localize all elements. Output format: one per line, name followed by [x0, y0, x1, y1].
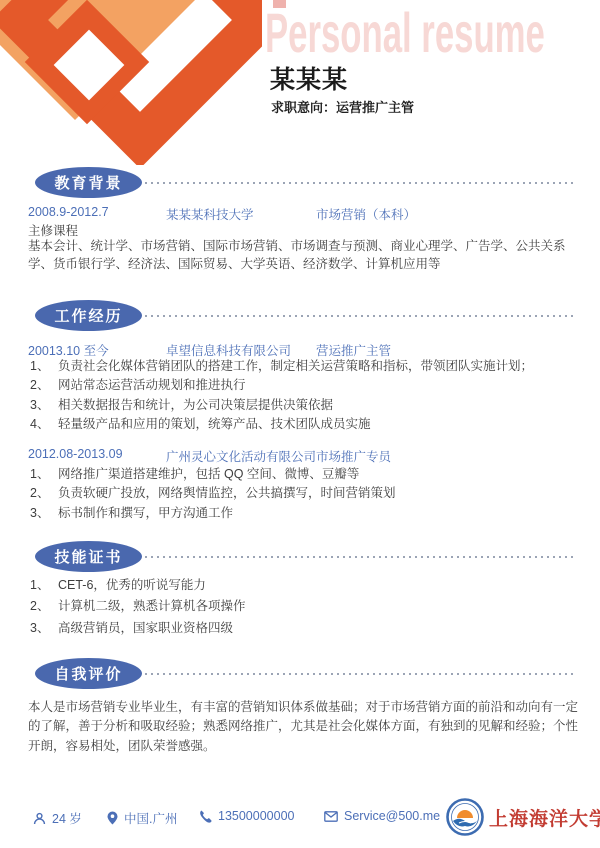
duty-text: 轻量级产品和应用的策划，统筹产品、技术团队成员实施	[58, 414, 371, 432]
duty-item: 2、负责软硬广投放，网络舆情监控，公共搞撰写，时间营销策划	[30, 483, 396, 502]
skill-item: 1、CET-6，优秀的听说写能力	[30, 575, 246, 596]
duty-text: 相关数据报告和统计，为公司决策层提供决策依据	[58, 395, 333, 413]
age-text: 24 岁	[52, 809, 82, 827]
skill-number: 3、	[30, 618, 58, 636]
objective-label: 求职意向：	[271, 100, 336, 115]
courses-text: 基本会计、统计学、市场营销、国际市场营销、市场调查与预测、商业心理学、广告学、公…	[28, 238, 578, 273]
objective-value: 运营推广主管	[336, 100, 414, 115]
footer-age: 24 岁	[33, 809, 82, 827]
job-period: 2012.08-2013.09	[28, 447, 166, 465]
duty-item: 3、标书制作和撰写，甲方沟通工作	[30, 503, 396, 522]
education-major: 市场营销（本科）	[316, 205, 580, 223]
skills-list: 1、CET-6，优秀的听说写能力 2、计算机二级，熟悉计算机各项操作 3、高级营…	[30, 575, 246, 639]
university-emblem-icon	[445, 797, 485, 837]
university-logo: 上海海洋大学	[445, 797, 600, 837]
skill-text: CET-6，优秀的听说写能力	[58, 575, 206, 593]
envelope-icon	[324, 811, 338, 822]
duty-text: 标书制作和撰写，甲方沟通工作	[58, 503, 233, 521]
skill-number: 1、	[30, 575, 58, 593]
duty-item: 3、相关数据报告和统计，为公司决策层提供决策依据	[30, 395, 533, 414]
job-objective: 求职意向：运营推广主管	[271, 97, 414, 116]
footer-phone: 13500000000	[199, 809, 294, 823]
section-divider	[145, 315, 577, 317]
section-divider	[145, 556, 577, 558]
location-text: 中国.广州	[124, 809, 177, 827]
courses-label: 主修课程	[28, 221, 78, 239]
job-duties: 1、负责社会化媒体营销团队的搭建工作，制定相关运营策略和指标，带领团队实施计划；…	[30, 356, 533, 434]
skill-text: 高级营销员，国家职业资格四级	[58, 618, 233, 636]
candidate-name: 某某某	[270, 60, 348, 96]
person-icon	[33, 812, 46, 825]
location-pin-icon	[107, 811, 118, 825]
duty-number: 3、	[30, 395, 58, 413]
duty-number: 4、	[30, 414, 58, 432]
duty-item: 1、负责社会化媒体营销团队的搭建工作，制定相关运营策略和指标，带领团队实施计划；	[30, 356, 533, 375]
section-title-work: 工作经历	[35, 300, 142, 331]
section-title-self-evaluation: 自我评价	[35, 658, 142, 689]
duty-number: 2、	[30, 375, 58, 393]
skill-item: 2、计算机二级，熟悉计算机各项操作	[30, 596, 246, 617]
section-divider	[145, 673, 577, 675]
skill-text: 计算机二级，熟悉计算机各项操作	[58, 596, 246, 614]
phone-text: 13500000000	[218, 809, 294, 823]
diamond-decoration	[0, 0, 262, 165]
duty-text: 网络推广渠道搭建维护，包括 QQ 空间、微博、豆瓣等	[58, 464, 359, 482]
duty-item: 2、网站常态运营活动规划和推进执行	[30, 375, 533, 394]
job-row: 2012.08-2013.09 广州灵心文化活动有限公司 市场推广专员	[28, 447, 580, 465]
duty-item: 4、轻量级产品和应用的策划，统筹产品、技术团队成员实施	[30, 414, 533, 433]
job-company: 广州灵心文化活动有限公司	[166, 447, 316, 465]
duty-number: 1、	[30, 464, 58, 482]
footer-email: Service@500.me	[324, 809, 440, 823]
duty-text: 网站常态运营活动规划和推进执行	[58, 375, 246, 393]
phone-icon	[199, 810, 212, 823]
watermark-title: Personal resume	[265, 4, 545, 63]
email-text: Service@500.me	[344, 809, 440, 823]
duty-number: 1、	[30, 356, 58, 374]
skill-number: 2、	[30, 596, 58, 614]
resume-page: Personal resume 某某某 求职意向：运营推广主管 教育背景 200…	[0, 0, 600, 848]
duty-number: 2、	[30, 483, 58, 501]
duty-item: 1、网络推广渠道搭建维护，包括 QQ 空间、微博、豆瓣等	[30, 464, 396, 483]
footer-location: 中国.广州	[107, 809, 177, 827]
duty-number: 3、	[30, 503, 58, 521]
job-duties: 1、网络推广渠道搭建维护，包括 QQ 空间、微博、豆瓣等 2、负责软硬广投放，网…	[30, 464, 396, 522]
duty-text: 负责软硬广投放，网络舆情监控，公共搞撰写，时间营销策划	[58, 483, 396, 501]
section-title-skills: 技能证书	[35, 541, 142, 572]
skill-item: 3、高级营销员，国家职业资格四级	[30, 618, 246, 639]
education-school: 某某某科技大学	[166, 205, 316, 223]
university-name-text: 上海海洋大学	[489, 804, 600, 831]
section-title-education: 教育背景	[35, 167, 142, 198]
section-divider	[145, 182, 577, 184]
self-evaluation-text: 本人是市场营销专业毕业生，有丰富的营销知识体系做基础；对于市场营销方面的前沿和动…	[28, 698, 579, 756]
education-row: 2008.9-2012.7 某某某科技大学 市场营销（本科）	[28, 205, 580, 223]
duty-text: 负责社会化媒体营销团队的搭建工作，制定相关运营策略和指标，带领团队实施计划；	[58, 356, 533, 374]
job-role: 市场推广专员	[316, 447, 580, 465]
